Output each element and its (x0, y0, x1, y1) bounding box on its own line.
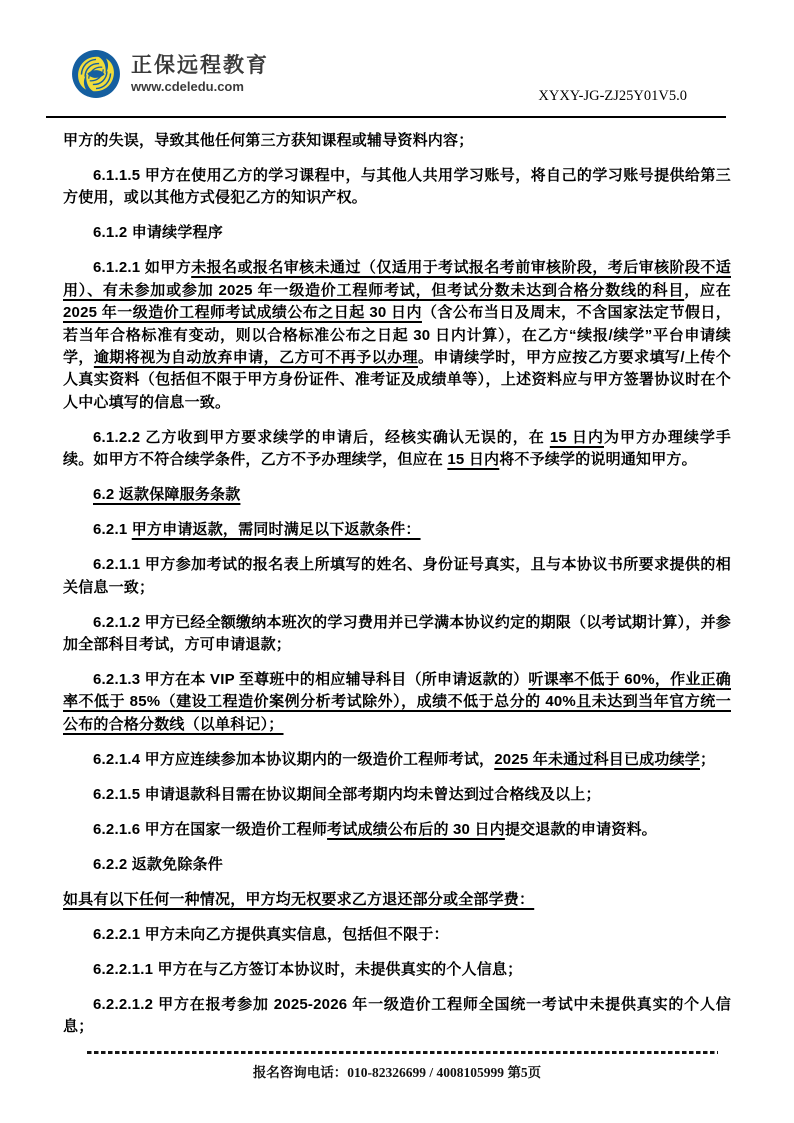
text-run: 6.2.2.1 甲方未向乙方提供真实信息，包括但不限于： (93, 926, 449, 943)
footer-dashed-divider (87, 1051, 718, 1054)
paragraph: 甲方的失误，导致其他任何第三方获知课程或辅导资料内容； (63, 130, 731, 152)
document-version-code: XYXY-JG-ZJ25Y01V5.0 (538, 88, 687, 105)
paragraph: 6.2.2 返款免除条件 (63, 854, 731, 876)
paragraph: 6.1.1.5 甲方在使用乙方的学习课程中，与其他人共用学习账号，将自己的学习账… (63, 165, 731, 210)
footer-contact-phones: 报名咨询电话：010-82326699 / 4008105999 (253, 1065, 504, 1080)
underlined-text: 15 日内 (447, 451, 499, 468)
underlined-text: 15 日内 (550, 429, 604, 446)
paragraph: 6.2.2.1.2 甲方在报考参加 2025-2026 年一级造价工程师全国统一… (63, 994, 731, 1039)
paragraph: 6.2.1.1 甲方参加考试的报名表上所填写的姓名、身份证号真实，且与本协议书所… (63, 554, 731, 599)
paragraph: 6.1.2 申请续学程序 (63, 222, 731, 244)
brand-text-block: 正保远程教育 www.cdeledu.com (131, 53, 269, 95)
brand-logo: 正保远程教育 www.cdeledu.com (71, 49, 269, 99)
paragraph: 6.2.1.6 甲方在国家一级造价工程师考试成绩公布后的 30 日内提交退款的申… (63, 819, 731, 841)
paragraph: 6.1.2.1 如甲方未报名或报名审核未通过（仅适用于考试报名考前审核阶段，考后… (63, 257, 731, 414)
underlined-text: 6.2 返款保障服务条款 (93, 486, 240, 503)
text-run: 6.2.1.4 甲方应连续参加本协议期内的一级造价工程师考试， (93, 751, 494, 768)
underlined-text: 考试成绩公布后的 30 日内 (327, 821, 505, 838)
text-run: 6.1.2 申请续学程序 (93, 224, 223, 241)
paragraph: 6.2 返款保障服务条款 (63, 484, 731, 506)
footer-page-number: 第5页 (507, 1065, 541, 1080)
paragraph: 6.2.1.2 甲方已经全额缴纳本班次的学习费用并已学满本协议约定的期限（以考试… (63, 612, 731, 657)
text-run: 6.2.1.5 申请退款科目需在协议期间全部考期内均未曾达到过合格线及以上； (93, 786, 601, 803)
underlined-text: 2025 年未通过科目已成功续学 (494, 751, 700, 768)
text-run: 6.2.2.1.1 甲方在与乙方签订本协议时，未提供真实的个人信息； (93, 961, 522, 978)
footer: 报名咨询电话：010-82326699 / 4008105999 第5页 (0, 1061, 794, 1081)
paragraph: 6.2.2.1 甲方未向乙方提供真实信息，包括但不限于： (63, 924, 731, 946)
text-run: ； (700, 751, 715, 768)
text-run: 将不予续学的说明通知甲方。 (499, 451, 697, 468)
text-run: 6.2.1.3 甲方在本 VIP 至尊班中的相应辅导科目（所申请返款的） (93, 671, 528, 688)
text-run: 6.1.2.1 如甲方 (93, 259, 191, 276)
text-run: 甲方的失误，导致其他任何第三方获知课程或辅导资料内容； (63, 132, 473, 149)
text-run: 6.1.1.5 甲方在使用乙方的学习课程中，与其他人共用学习账号，将自己的学习账… (63, 167, 731, 206)
text-run: 6.2.2 返款免除条件 (93, 856, 223, 873)
text-run: 提交退款的申请资料。 (505, 821, 657, 838)
paragraph: 6.1.2.2 乙方收到甲方要求续学的申请后，经核实确认无误的，在 15 日内为… (63, 427, 731, 472)
text-run: ，应在 (684, 282, 731, 299)
text-run: 6.2.1.6 甲方在国家一级造价工程师 (93, 821, 327, 838)
document-body: 甲方的失误，导致其他任何第三方获知课程或辅导资料内容；6.1.1.5 甲方在使用… (63, 130, 731, 1051)
paragraph: 6.2.1.5 申请退款科目需在协议期间全部考期内均未曾达到过合格线及以上； (63, 784, 731, 806)
paragraph: 6.2.1 甲方申请返款，需同时满足以下返款条件： (63, 519, 731, 541)
contract-page: 正保远程教育 www.cdeledu.com XYXY-JG-ZJ25Y01V5… (0, 0, 794, 1123)
paragraph: 如具有以下任何一种情况，甲方均无权要求乙方退还部分或全部学费： (63, 889, 731, 911)
text-run: 6.2.1.1 甲方参加考试的报名表上所填写的姓名、身份证号真实，且与本协议书所… (63, 556, 731, 595)
paragraph: 6.2.1.3 甲方在本 VIP 至尊班中的相应辅导科目（所申请返款的）听课率不… (63, 669, 731, 736)
text-run: 6.2.1.2 甲方已经全额缴纳本班次的学习费用并已学满本协议约定的期限（以考试… (63, 614, 731, 653)
text-run: 6.2.1 (93, 521, 132, 538)
paragraph: 6.2.2.1.1 甲方在与乙方签订本协议时，未提供真实的个人信息； (63, 959, 731, 981)
brand-website: www.cdeledu.com (131, 78, 269, 95)
brand-name: 正保远程教育 (131, 53, 269, 78)
zhengbao-swirl-logo-icon (71, 49, 121, 99)
underlined-text: 逾期将视为自动放弃申请，乙方可不再予以办理 (94, 349, 418, 366)
header-divider (46, 116, 726, 118)
text-run: 6.2.2.1.2 甲方在报考参加 2025-2026 年一级造价工程师全国统一… (63, 996, 731, 1035)
text-run: 6.1.2.2 乙方收到甲方要求续学的申请后，经核实确认无误的，在 (93, 429, 550, 446)
paragraph: 6.2.1.4 甲方应连续参加本协议期内的一级造价工程师考试，2025 年未通过… (63, 749, 731, 771)
underlined-text: 2025 年一级造价工程师考试成绩公布之日起 30 日内 (63, 304, 422, 321)
underlined-text: 如具有以下任何一种情况，甲方均无权要求乙方退还部分或全部学费： (63, 891, 534, 908)
underlined-text: 甲方申请返款，需同时满足以下返款条件： (132, 521, 421, 538)
